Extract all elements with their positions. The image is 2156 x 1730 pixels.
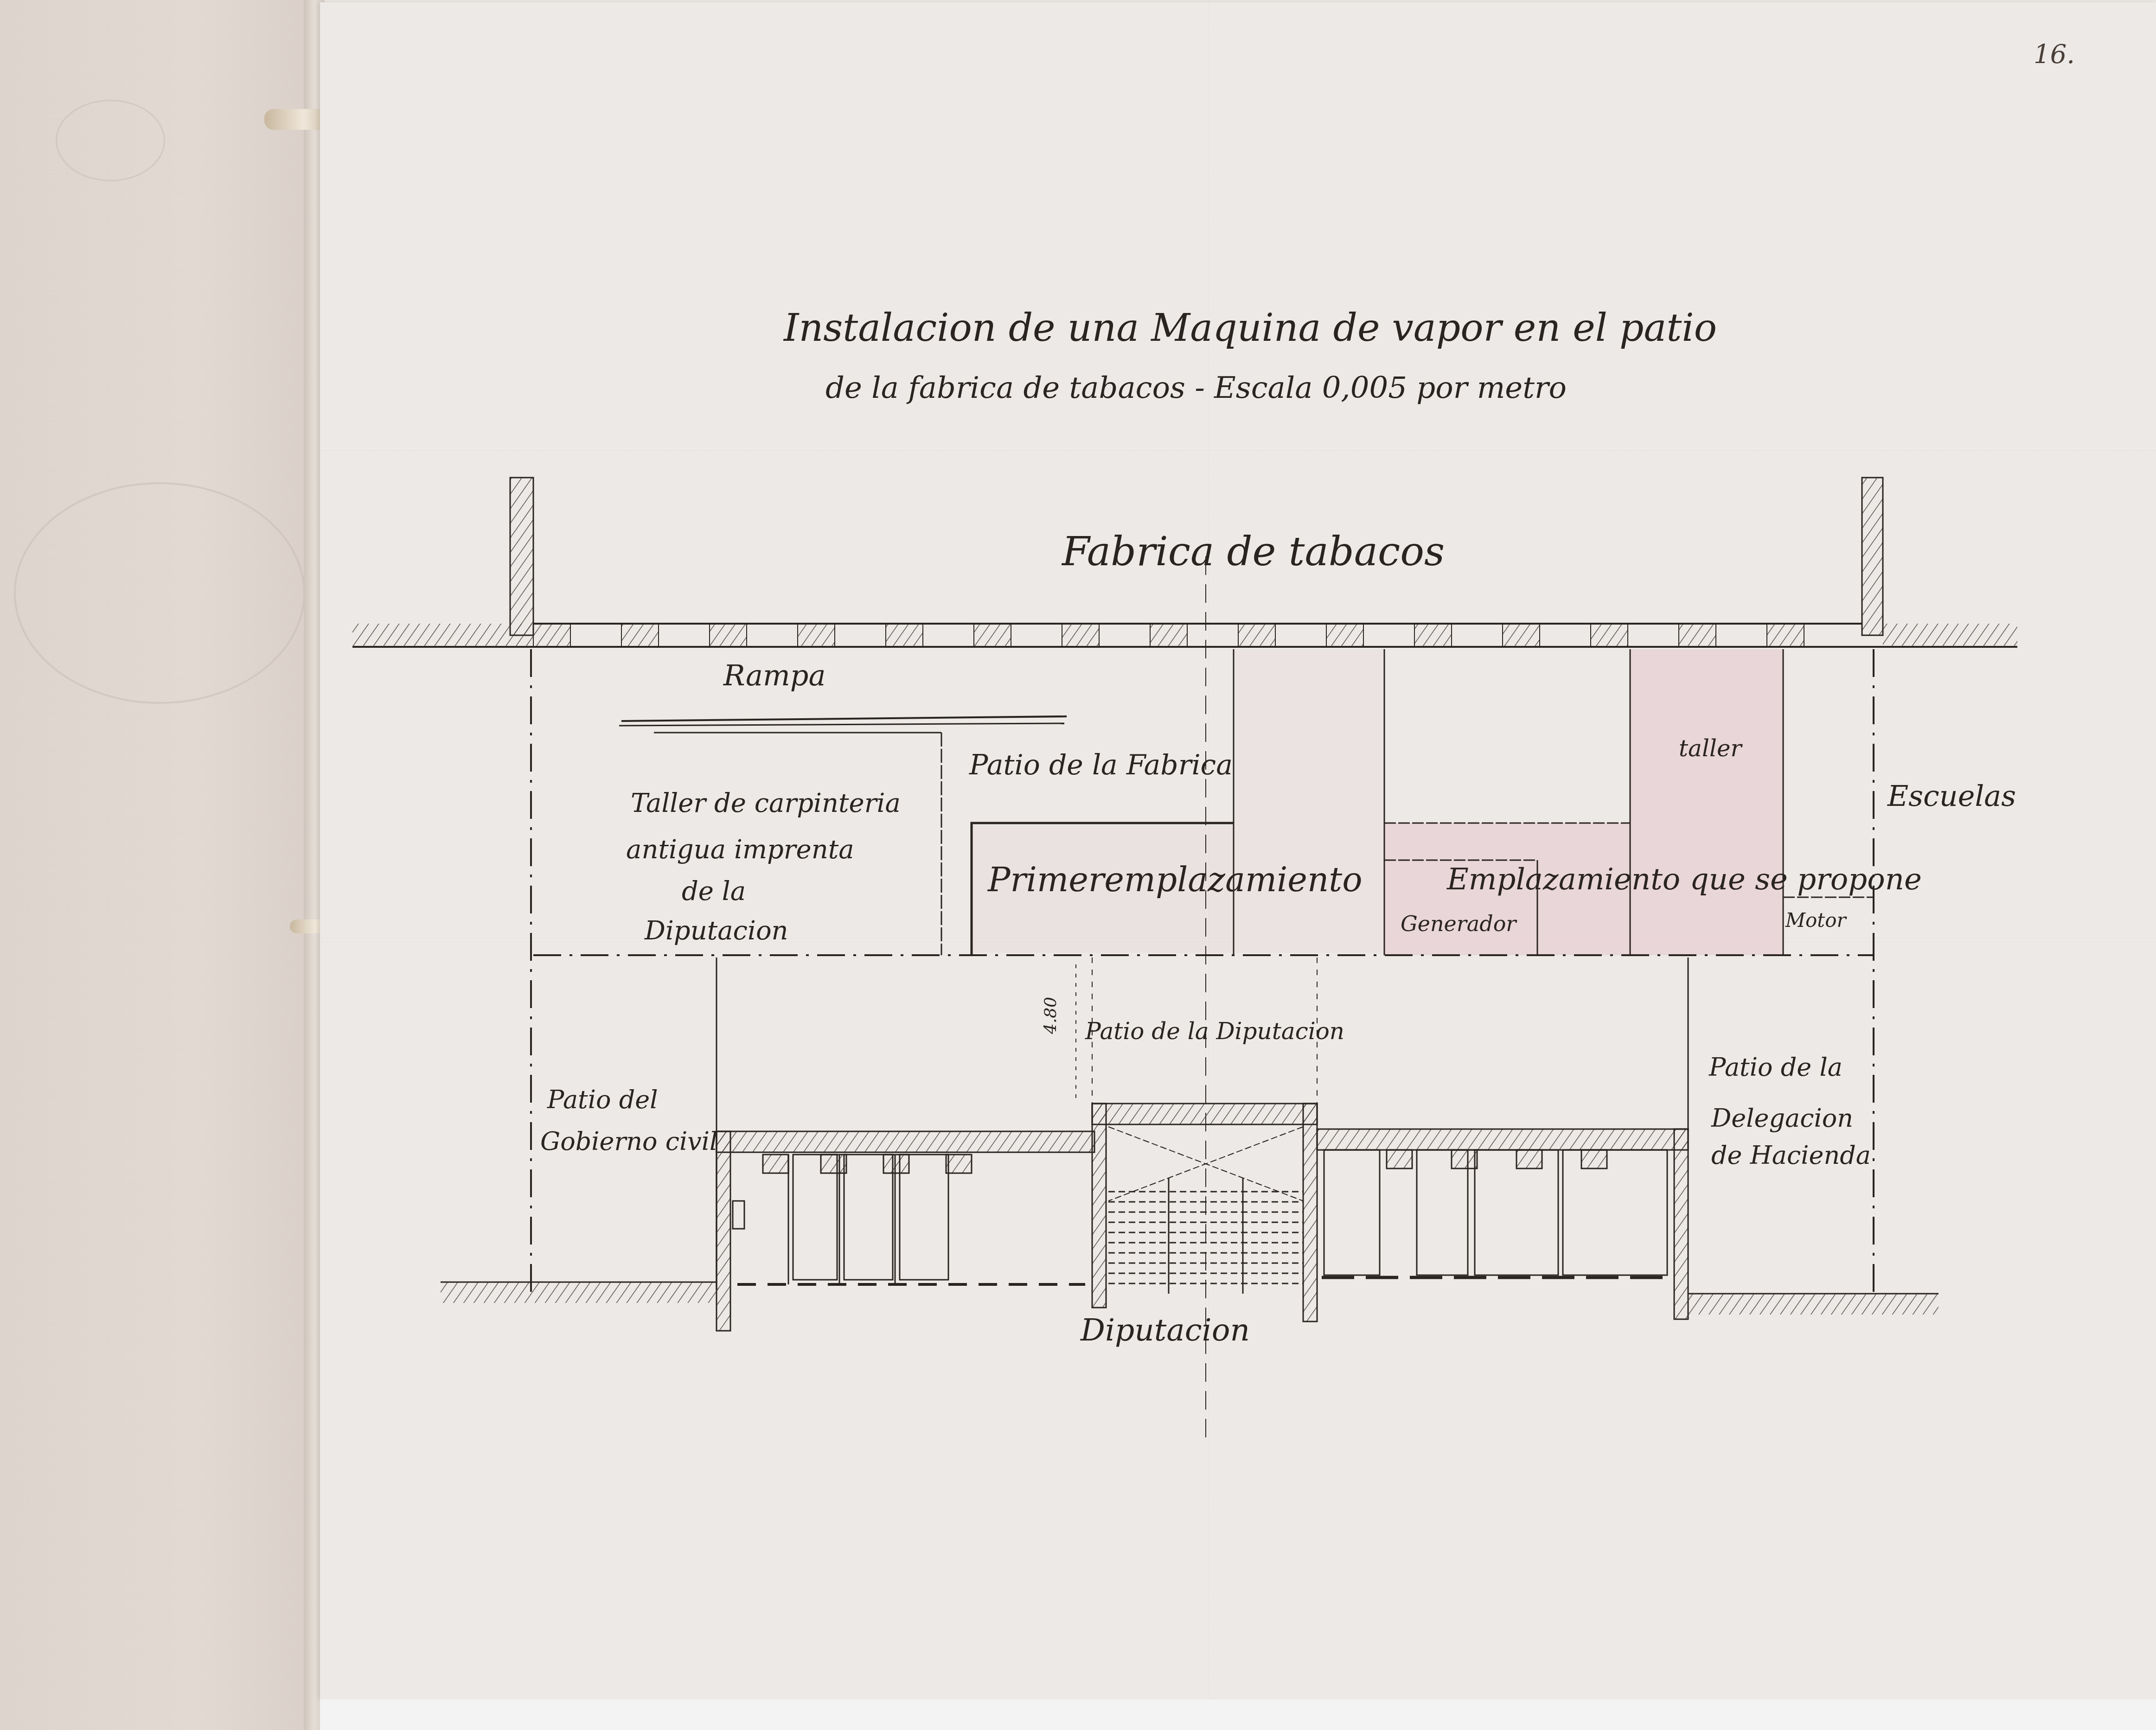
label-fabrica-de-tabacos: Fabrica de tabacos: [1062, 529, 1445, 575]
page-number: 16.: [2034, 39, 2075, 70]
label-de-la: de la: [682, 876, 746, 906]
label-generador: Generador: [1401, 911, 1516, 936]
plan-title-line-2: de la fabrica de tabacos - Escala 0,005 …: [825, 371, 1567, 405]
label-patio-del-gobierno-civil-2: Gobierno civil: [540, 1127, 717, 1156]
label-diputacion-imprenta: Diputacion: [645, 916, 788, 946]
label-patio-de-la-diputacion: Patio de la Diputacion: [1085, 1018, 1344, 1045]
label-escuelas: Escuelas: [1887, 779, 2016, 813]
label-taller: taller: [1679, 735, 1741, 762]
label-primer-emplazamiento: Primeremplazamiento: [988, 860, 1363, 899]
label-patio-delegacion-3: de Hacienda: [1711, 1141, 1871, 1170]
dimension-label: 4.80: [1041, 997, 1060, 1034]
plan-title-line-1: Instalacion de una Maquina de vapor en e…: [784, 306, 1717, 350]
label-antigua-imprenta: antigua imprenta: [626, 835, 854, 865]
label-patio-delegacion-2: Delegacion: [1711, 1104, 1853, 1133]
label-patio-delegacion-1: Patio de la: [1709, 1053, 1843, 1082]
label-emplazamiento-que-se-propone: Emplazamiento que se propone: [1447, 862, 1922, 897]
label-motor: Motor: [1785, 909, 1846, 932]
label-taller-carpinteria: Taller de carpinteria: [631, 788, 901, 818]
label-patio-del-gobierno-civil-1: Patio del: [547, 1085, 658, 1114]
label-diputacion: Diputacion: [1081, 1312, 1250, 1348]
label-rampa: Rampa: [723, 658, 826, 692]
label-patio-de-la-fabrica: Patio de la Fabrica: [969, 749, 1233, 781]
